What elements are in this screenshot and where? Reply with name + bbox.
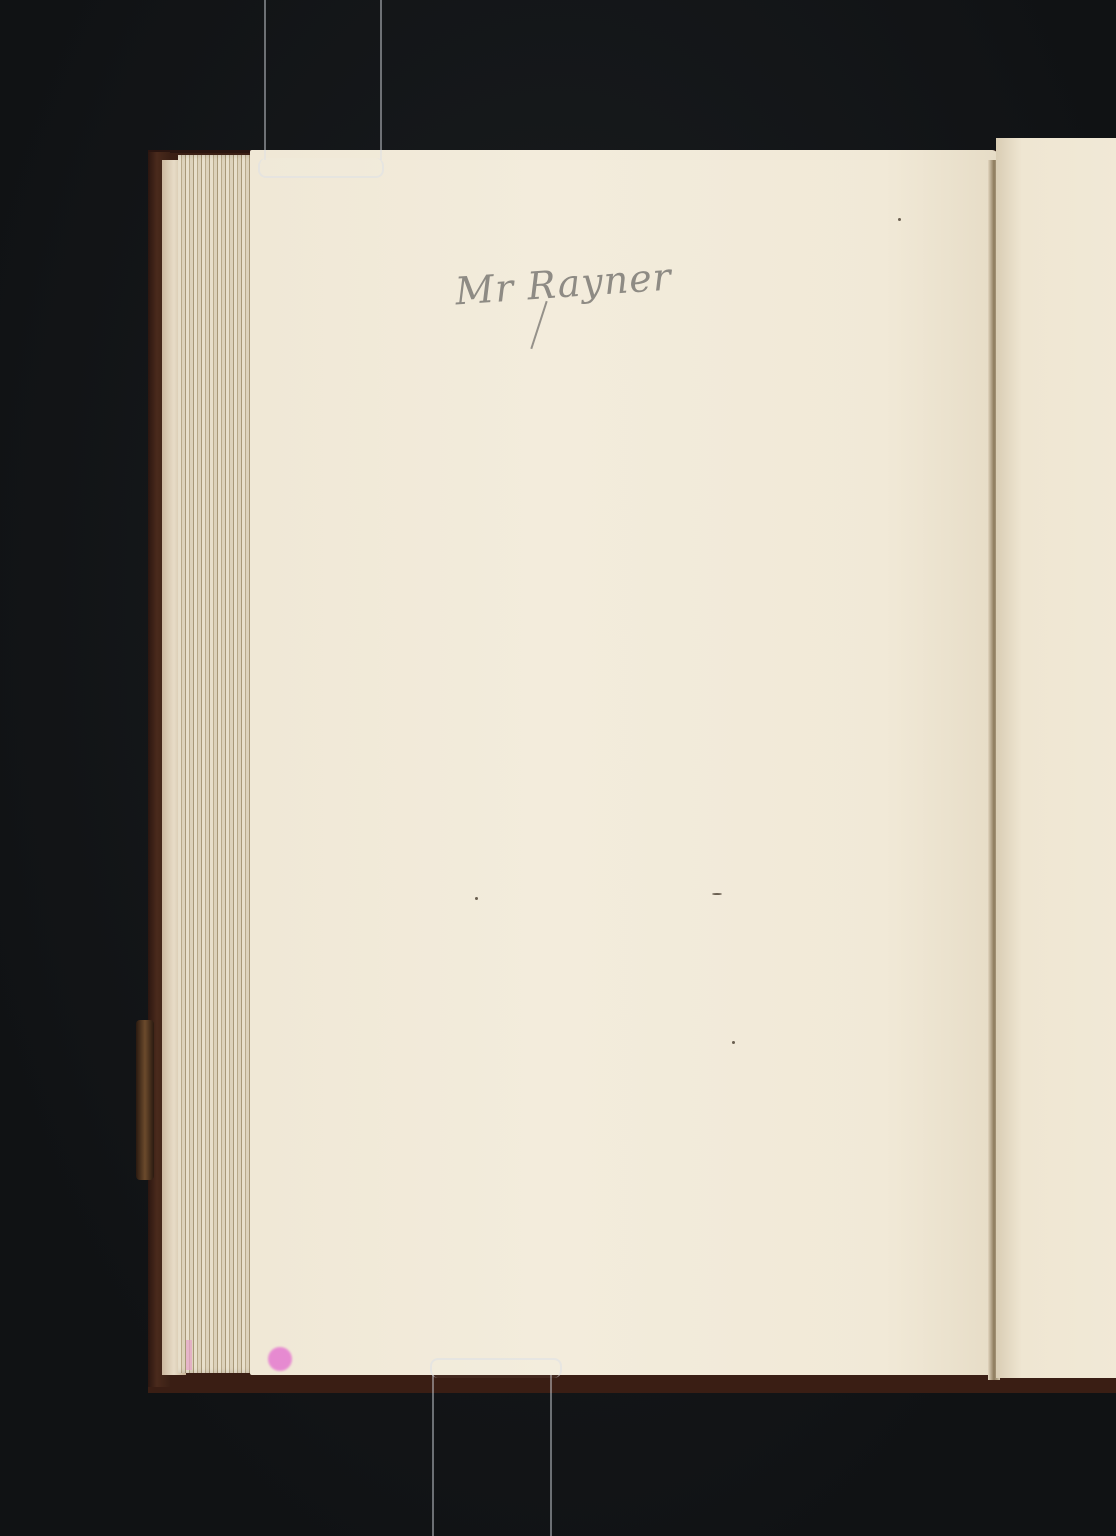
right-page — [996, 138, 1116, 1378]
paper-speck — [898, 218, 901, 221]
paper-speck — [732, 1041, 735, 1044]
mount-clip-top — [258, 158, 384, 178]
pink-stain — [268, 1347, 292, 1371]
pink-stain-edge — [186, 1340, 192, 1370]
mount-clip-bottom — [430, 1358, 562, 1378]
mount-clip-bottom-stem — [432, 1375, 434, 1536]
paper-speck — [475, 897, 478, 900]
left-page — [250, 150, 998, 1375]
mount-clip-top-stem — [380, 0, 382, 160]
book-clasp — [136, 1020, 154, 1180]
paper-speck — [712, 893, 722, 895]
mount-clip-bottom-stem — [550, 1375, 552, 1536]
mount-clip-top-stem — [264, 0, 266, 160]
page-stack — [178, 155, 260, 1373]
